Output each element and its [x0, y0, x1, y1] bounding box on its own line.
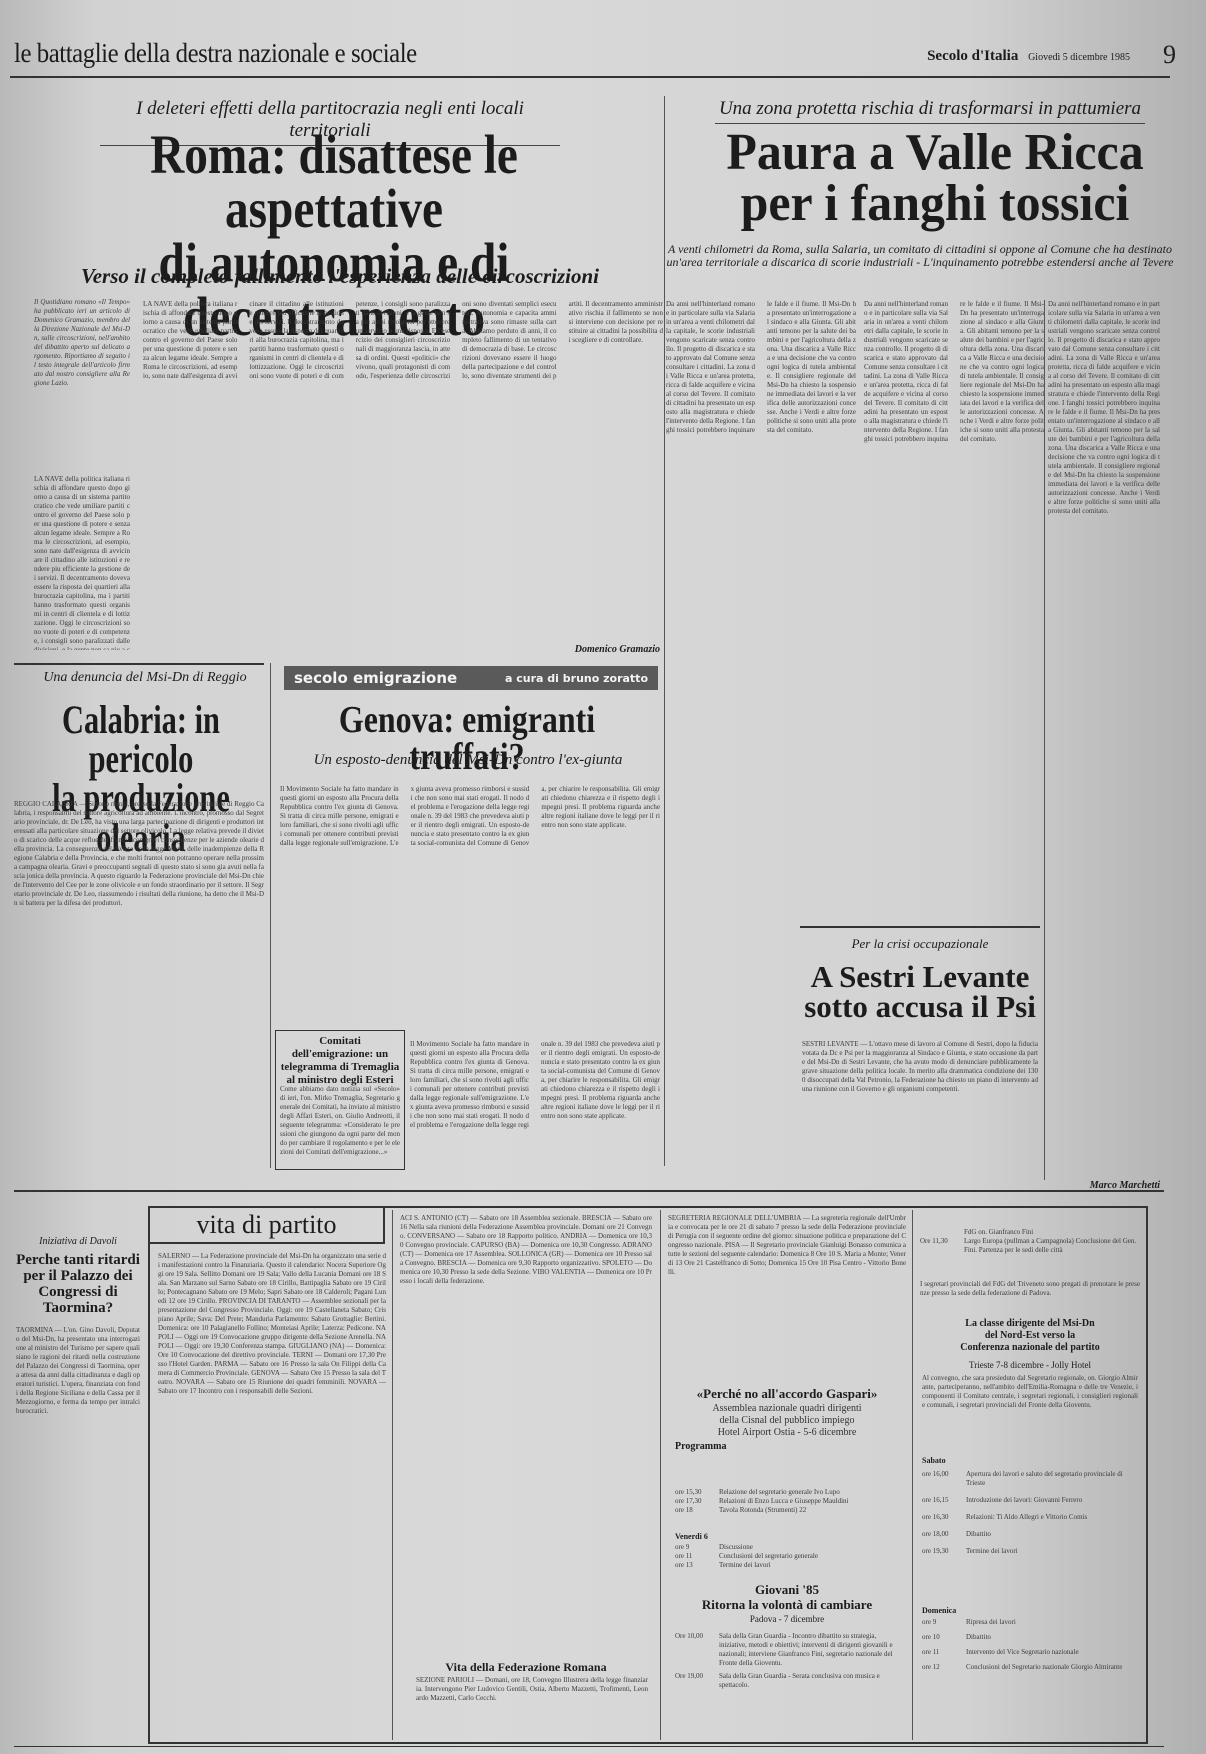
sestri-kicker: Per la crisi occupazionale [800, 936, 1040, 952]
program-description: Relazioni di Enzo Lucca e Giuseppe Mauld… [719, 1497, 903, 1506]
valle-ricca-deck: A venti chilometri da Roma, sulla Salari… [665, 243, 1175, 269]
program-description: Discussione [719, 1543, 903, 1552]
program-description: Largo Europa (pullman a Campagnola) Conc… [964, 1237, 1140, 1255]
calabria-rule [14, 663, 264, 665]
tremaglia-box-body: Come abbiamo dato notizia sul «Secolo» d… [280, 1085, 400, 1165]
program-row: ore 15,30Relazione del segretario genera… [675, 1488, 903, 1497]
emigrazione-deck: Un esposto-denuncia del Msi-Dn contro l'… [278, 752, 658, 769]
valle-ricca-kicker-wrap: Una zona protetta rischia di trasformars… [715, 98, 1145, 124]
program-description: Relazione del segretario generale Ivo Lu… [719, 1488, 903, 1497]
nordest-sabato-label: Sabato [922, 1456, 946, 1465]
fdg-program: FdG on. Gianfranco FiniOre 11,30Largo Eu… [920, 1228, 1140, 1255]
issue-date: Giovedì 5 dicembre 1985 [1028, 52, 1130, 63]
column-divider [660, 1210, 661, 1740]
sestri-body: SESTRI LEVANTE — L'ottavo mese di lavoro… [802, 1040, 1038, 1170]
tremaglia-box-title: Comitati dell'emigrazione: un telegramma… [276, 1031, 404, 1091]
program-time: ore 17,30 [675, 1497, 719, 1506]
emigrazione-banner: secolo emigrazione a cura di bruno zorat… [284, 666, 658, 690]
nordest-place: Trieste 7-8 dicembre - Jolly Hotel [920, 1360, 1140, 1370]
program-description: Dibattito [966, 1633, 1138, 1642]
program-time: ore 19,30 [922, 1547, 966, 1556]
valle-ricca-body-right: Da anni nell'hinterland romano e in part… [1048, 300, 1160, 1170]
emigrazione-body: Il Movimento Sociale ha fatto mandare in… [280, 785, 660, 1035]
giovani-title: Giovani '85 Ritorna la volontà di cambia… [668, 1582, 906, 1612]
program-row: ore 11Intervento del Vice Segretario naz… [922, 1648, 1138, 1657]
gasparri-day2-label: Venerdi 6 [675, 1532, 708, 1541]
program-description: Conclusioni del Segretario nazionale Gio… [966, 1663, 1138, 1672]
column-divider [1044, 300, 1045, 1180]
roma-body-col1: LA NAVE della politica italiana rischia … [34, 475, 130, 650]
valle-ricca-kicker: Una zona protetta rischia di trasformars… [715, 98, 1145, 124]
banner-author: a cura di bruno zoratto [505, 672, 648, 685]
valle-ricca-body-mid: Da anni nell'hinterland romano e in part… [864, 300, 1044, 910]
giovani-program: Ore 10,00Sala della Gran Guardia - Incon… [675, 1632, 903, 1694]
program-time: ore 12 [922, 1663, 966, 1672]
program-time: Ore 11,30 [920, 1237, 964, 1255]
program-time: ore 13 [675, 1561, 719, 1570]
program-row: ore 19,30Termine dei lavori [922, 1547, 1138, 1556]
giovani-title-1: Giovani '85 [668, 1582, 906, 1597]
program-row: ore 16,30Relazioni: Ti Aldo Allegri e Vi… [922, 1513, 1138, 1522]
program-description: Introduzione dei lavori: Giovanni Ferrer… [966, 1496, 1138, 1505]
nordest-title-3: Conferenza nazionale del partito [920, 1342, 1140, 1354]
bottom-rule [14, 1746, 1164, 1747]
paper-name: Secolo d'Italia Giovedì 5 dicembre 1985 [927, 48, 1130, 65]
program-time: ore 16,15 [922, 1496, 966, 1505]
program-description: Apertura dei lavori e saluto del segreta… [966, 1470, 1138, 1488]
banner-title: secolo emigrazione [294, 669, 457, 687]
program-description: Ripresa dei lavori [966, 1618, 1138, 1627]
program-row: Ore 19,00Sala della Gran Guardia - Serat… [675, 1672, 903, 1690]
program-time: ore 18,00 [922, 1530, 966, 1539]
giovani-title-2: Ritorna la volontà di cambiare [668, 1597, 906, 1612]
program-row: ore 12Conclusioni del Segretario naziona… [922, 1663, 1138, 1672]
section-rule [14, 1190, 1164, 1192]
vita-partito-col1: SALERNO — La Federazione provinciale del… [158, 1252, 386, 1732]
roma-signature: Domenico Gramazio [540, 644, 660, 655]
gasparri-program-day2: ore 9Discussioneore 11Conclusioni del se… [675, 1543, 903, 1570]
program-description: Termine dei lavori [719, 1561, 903, 1570]
valle-ricca-headline: Paura a Valle Ricca per i fanghi tossici [675, 128, 1195, 230]
gasparri-program: ore 15,30Relazione del segretario genera… [675, 1488, 903, 1515]
gasparri-sub-3: Hotel Airport Ostia - 5-6 dicembre [668, 1427, 906, 1439]
roma-body-cols: LA NAVE della politica italiana rischia … [143, 300, 663, 640]
taormina-body: TAORMINA — L'on. Gino Davoli, Deputato d… [16, 1326, 140, 1736]
gasparri-program-label: Programma [675, 1441, 726, 1452]
sestri-headline-line2: sotto accusa il Psi [800, 992, 1040, 1022]
program-description: Relazioni: Ti Aldo Allegri e Vittorio Co… [966, 1513, 1138, 1522]
program-description: Termine dei lavori [966, 1547, 1138, 1556]
program-row: ore 16,15Introduzione dei lavori: Giovan… [922, 1496, 1138, 1505]
federazione-romana-title: Vita della Federazione Romana [400, 1660, 652, 1675]
giovani-place: Padova - 7 dicembre [668, 1614, 906, 1624]
program-time: Ore 19,00 [675, 1672, 719, 1690]
program-time: Ore 10,00 [675, 1632, 719, 1668]
program-description: Intervento del Vice Segretario nazionale [966, 1648, 1138, 1657]
nordest-domenica-label: Domenica [922, 1606, 956, 1615]
program-time [920, 1228, 964, 1237]
valle-ricca-body-left: Da anni nell'hinterland romano e in part… [666, 300, 856, 920]
program-row: FdG on. Gianfranco Fini [920, 1228, 1140, 1237]
program-time: ore 9 [922, 1618, 966, 1627]
vita-partito-col3: SEGRETERIA REGIONALE DELL'UMBRIA — La se… [668, 1214, 906, 1376]
nordest-title-1: La classe dirigente del Msi-Dn [920, 1318, 1140, 1330]
roma-headline-line1: Roma: disattese le aspettative [59, 128, 609, 236]
column-divider [270, 663, 271, 1168]
program-time: ore 18 [675, 1506, 719, 1515]
program-row: ore 11Conclusioni del segretario general… [675, 1552, 903, 1561]
program-description: Tavola Rotonda (Strumenti) 22 [719, 1506, 903, 1515]
calabria-kicker: Una denuncia del Msi-Dn di Reggio [30, 670, 260, 686]
column-divider [392, 1210, 393, 1740]
paper-title: Secolo d'Italia [927, 48, 1018, 64]
program-row: ore 16,00Apertura dei lavori e saluto de… [922, 1470, 1138, 1488]
nordest-title: La classe dirigente del Msi-Dn del Nord-… [920, 1318, 1140, 1354]
program-time: ore 16,00 [922, 1470, 966, 1488]
program-row: Ore 11,30Largo Europa (pullman a Campagn… [920, 1237, 1140, 1255]
program-description: Conclusioni del segretario generale [719, 1552, 903, 1561]
taormina-headline: Perche tanti ritardi per il Palazzo dei … [16, 1252, 140, 1316]
program-time: ore 10 [922, 1633, 966, 1642]
emigrazione-body-cont: Il Movimento Sociale ha fatto mandare in… [410, 1040, 660, 1170]
gasparri-sub-1: Assemblea nazionale quadri dirigenti [668, 1403, 906, 1415]
section-title: le battaglie della destra nazionale e so… [14, 38, 417, 69]
program-description: FdG on. Gianfranco Fini [964, 1228, 1140, 1237]
column-divider [912, 1210, 913, 1740]
valle-ricca-headline-line1: Paura a Valle Ricca [675, 128, 1195, 179]
program-time: ore 16,30 [922, 1513, 966, 1522]
program-time: ore 15,30 [675, 1488, 719, 1497]
masthead-rule [10, 76, 1170, 78]
gasparri-title: «Perché no all'accordo Gaspari» [668, 1386, 906, 1402]
nordest-domenica-program: ore 9Ripresa dei lavoriore 10Dibattitoor… [922, 1618, 1138, 1678]
program-row: ore 18Tavola Rotonda (Strumenti) 22 [675, 1506, 903, 1515]
program-description: Dibattito [966, 1530, 1138, 1539]
vita-partito-title: vita di partito [150, 1208, 385, 1244]
program-description: Sala della Gran Guardia - Incontro dibat… [719, 1632, 903, 1668]
roma-intro: Il Quotidiano romano «Il Tempo» ha pubbl… [34, 298, 130, 458]
nordest-sabato-program: ore 16,00Apertura dei lavori e saluto de… [922, 1470, 1138, 1564]
program-row: ore 9Discussione [675, 1543, 903, 1552]
calabria-body: REGGIO CALABRIA — Si sono riuniti, press… [14, 800, 264, 1180]
gasparri-sub-2: della Cisnal del pubblico impiego [668, 1415, 906, 1427]
sestri-headline-line1: A Sestri Levante [800, 962, 1040, 992]
program-row: ore 13Termine dei lavori [675, 1561, 903, 1570]
program-time: ore 11 [922, 1648, 966, 1657]
calabria-headline-line1: Calabria: in pericolo [38, 700, 243, 778]
program-time: ore 9 [675, 1543, 719, 1552]
program-row: ore 9Ripresa dei lavori [922, 1618, 1138, 1627]
sestri-headline: A Sestri Levante sotto accusa il Psi [800, 962, 1040, 1023]
fdg-note: I segretari provinciali del FdG del Triv… [920, 1280, 1140, 1304]
nordest-title-2: del Nord-Est verso la [920, 1330, 1140, 1342]
federazione-romana-body: SEZIONE PARIOLI — Domani, ore 18, Conveg… [416, 1676, 648, 1716]
taormina-kicker: Iniziativa di Davoli [16, 1236, 140, 1247]
program-row: ore 10Dibattito [922, 1633, 1138, 1642]
vita-partito-col2: ACI S. ANTONIO (CT) — Sabato ore 18 Asse… [400, 1214, 652, 1644]
sestri-rule [800, 926, 1040, 928]
gasparri-subtitle: Assemblea nazionale quadri dirigenti del… [668, 1403, 906, 1439]
valle-ricca-headline-line2: per i fanghi tossici [675, 179, 1195, 230]
nordest-body: Al convegno, che sara presieduto dal Seg… [922, 1374, 1138, 1452]
program-description: Sala della Gran Guardia - Serata conclus… [719, 1672, 903, 1690]
program-row: ore 18,00Dibattito [922, 1530, 1138, 1539]
program-row: ore 17,30Relazioni di Enzo Lucca e Giuse… [675, 1497, 903, 1506]
program-time: ore 11 [675, 1552, 719, 1561]
program-row: Ore 10,00Sala della Gran Guardia - Incon… [675, 1632, 903, 1668]
roma-deck: Verso il completo fallimento l'esperienz… [40, 264, 640, 289]
page-number: 9 [1163, 40, 1176, 70]
